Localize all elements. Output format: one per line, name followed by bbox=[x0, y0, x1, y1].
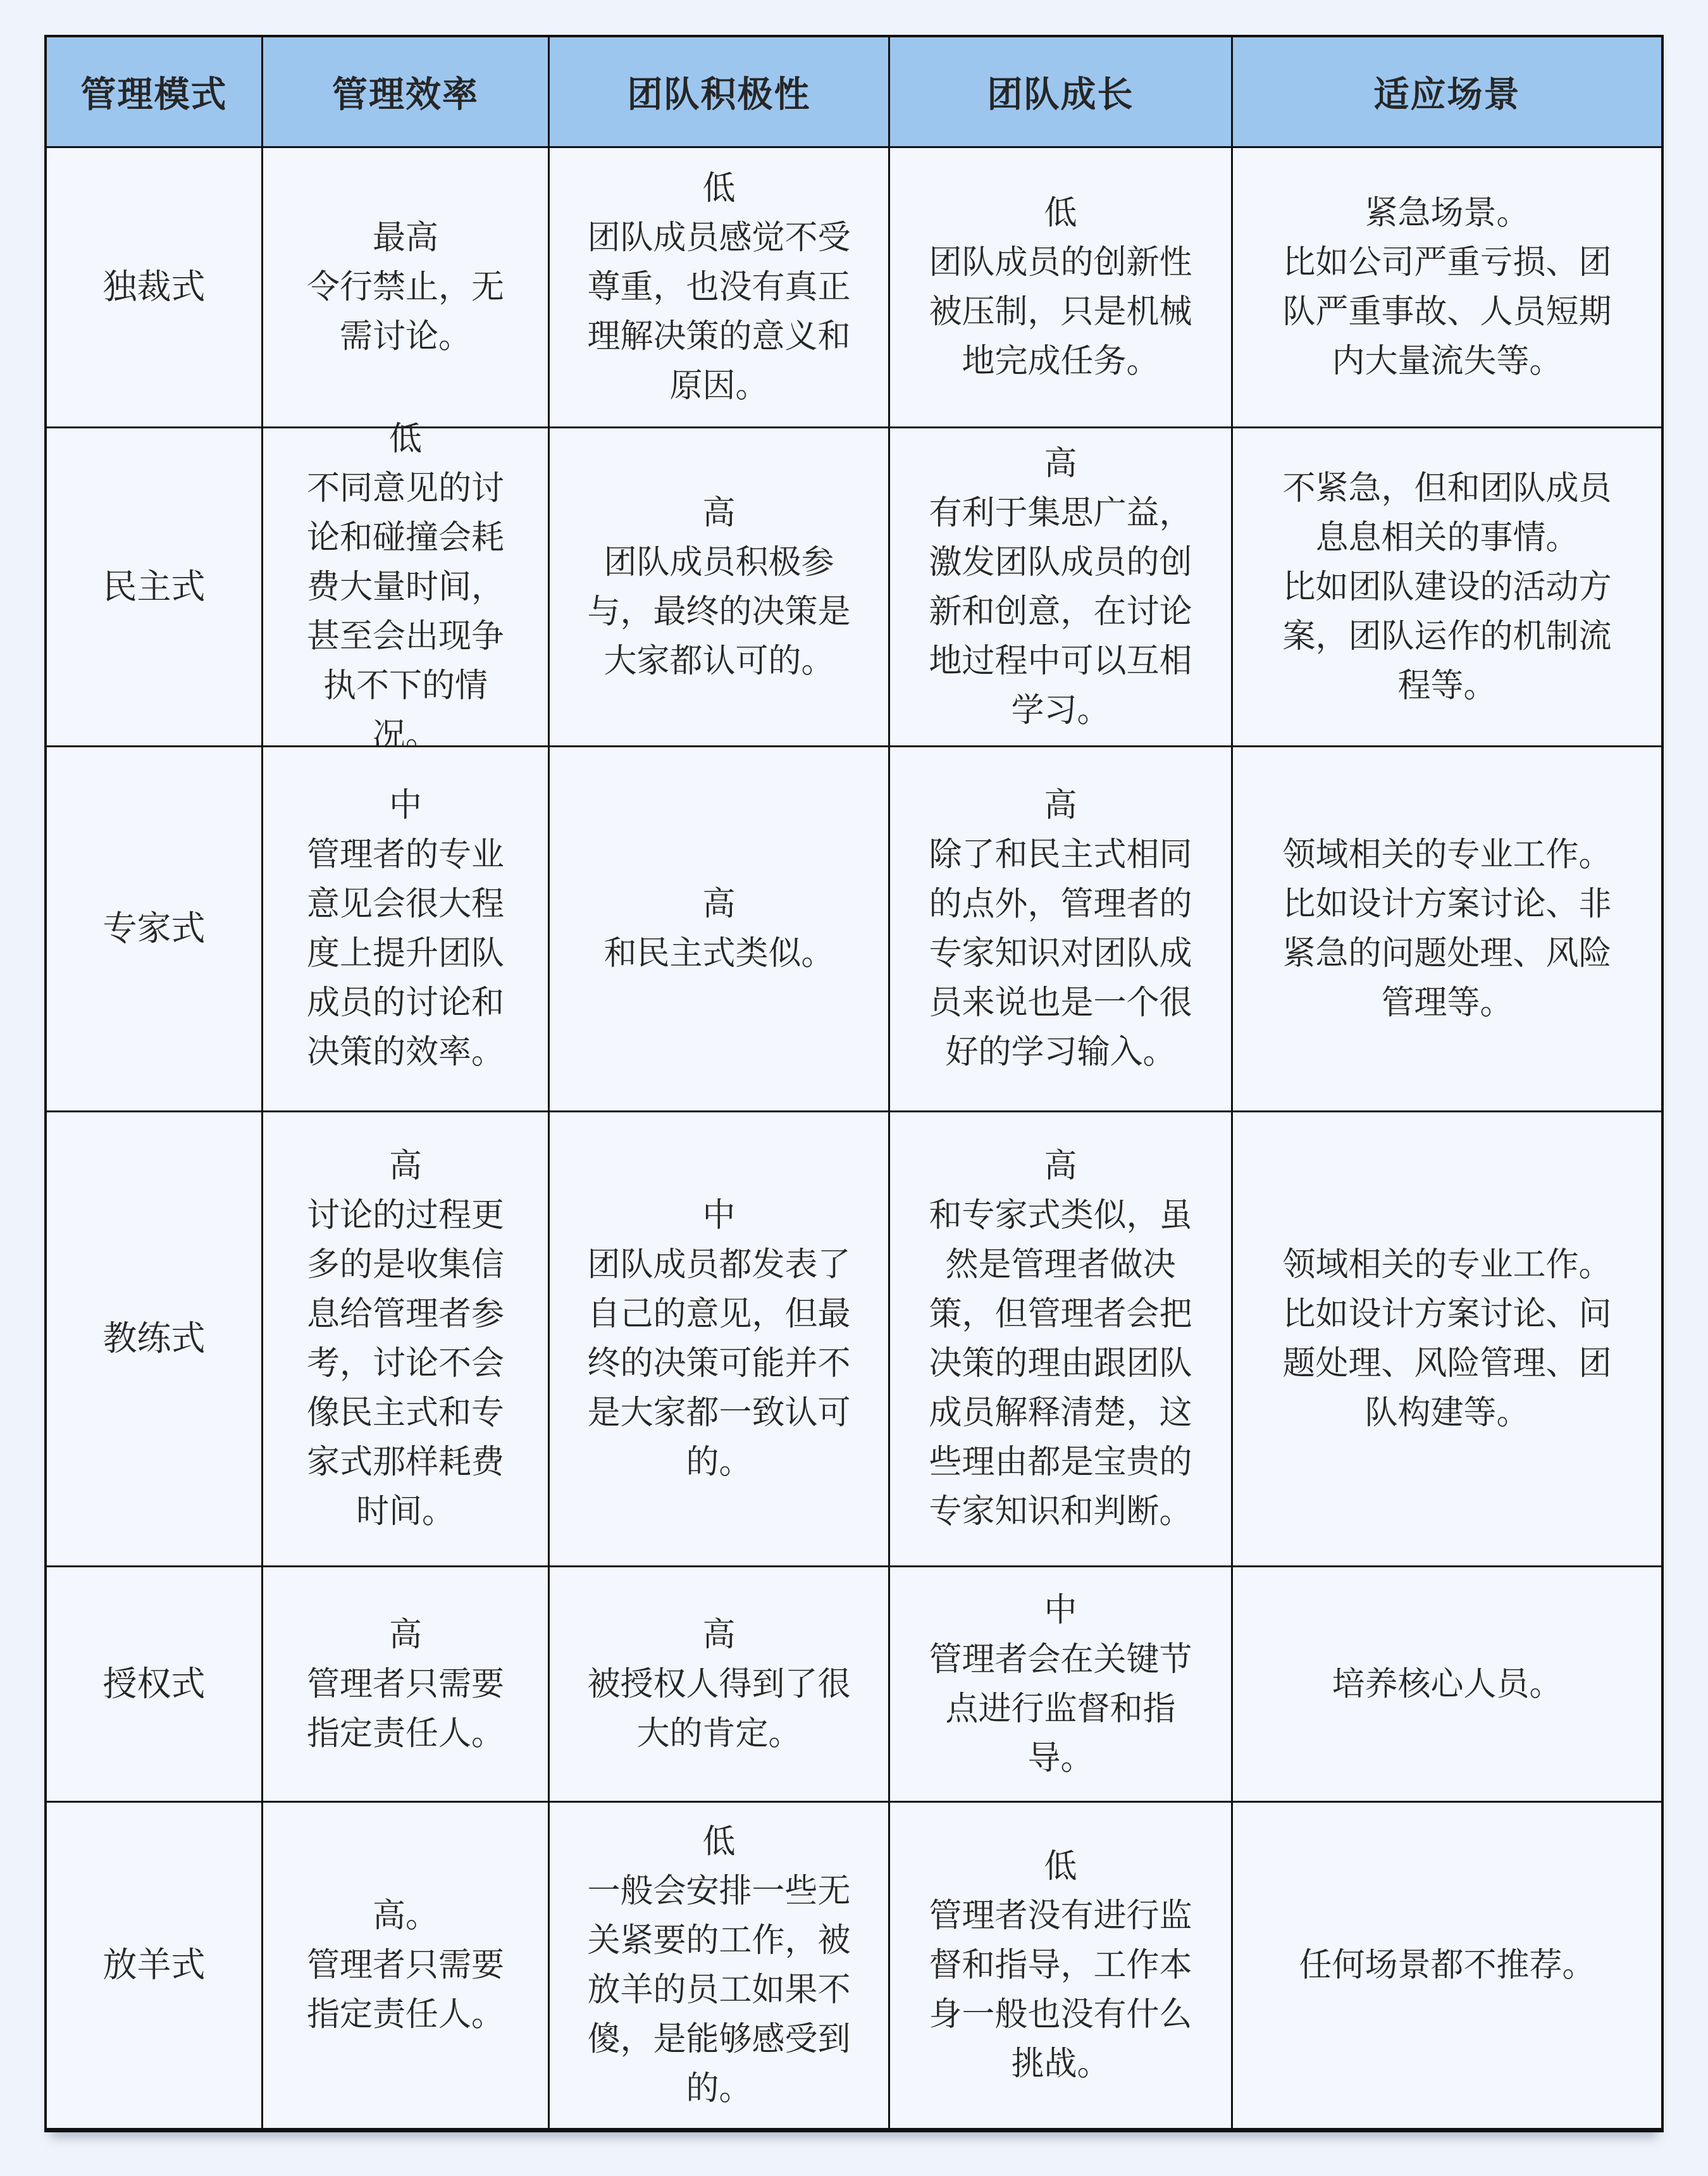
cell-line: 讨论的过程更多的是收集信息给管理者参考，讨论不会像民主式和专家式那样耗费时间。 bbox=[292, 1191, 519, 1536]
growth-cell: 高除了和民主式相同的点外，管理者的专家知识对团队成员来说也是一个很好的学习输入。 bbox=[890, 747, 1231, 1110]
cell-line: 不同意见的讨论和碰撞会耗费大量时间，甚至会出现争执不下的情况。 bbox=[292, 464, 519, 760]
cell-line: 被授权人得到了很大的肯定。 bbox=[575, 1660, 863, 1758]
scenario-cell: 领域相关的专业工作。比如设计方案讨论、非紧急的问题处理、风险管理等。 bbox=[1233, 747, 1661, 1110]
cell-line: 比如公司严重亏损、团队严重事故、人员短期内大量流失等。 bbox=[1268, 238, 1626, 386]
header-cell-motivation: 团队积极性 bbox=[550, 37, 888, 146]
cell-line: 除了和民主式相同的点外，管理者的专家知识对团队成员来说也是一个很好的学习输入。 bbox=[915, 830, 1206, 1077]
cell-line: 培养核心人员。 bbox=[1268, 1660, 1626, 1709]
cell-line: 一般会安排一些无关紧要的工作，被放羊的员工如果不傻，是能够感受到的。 bbox=[575, 1867, 863, 2113]
cell-line: 领域相关的专业工作。 bbox=[1268, 830, 1626, 880]
cell-line: 有利于集思广益，激发团队成员的创新和创意，在讨论地过程中可以互相学习。 bbox=[915, 488, 1206, 735]
cell-line: 高 bbox=[575, 880, 863, 929]
efficiency-cell: 高。管理者只需要指定责任人。 bbox=[263, 1803, 548, 2128]
cell-line: 团队成员积极参与，最终的决策是大家都认可的。 bbox=[575, 538, 863, 686]
mode-cell: 放羊式 bbox=[47, 1803, 261, 2128]
scenario-cell: 培养核心人员。 bbox=[1233, 1567, 1661, 1801]
growth-cell: 高和专家式类似，虽然是管理者做决策，但管理者会把决策的理由跟团队成员解释清楚，这… bbox=[890, 1112, 1231, 1565]
efficiency-cell: 中管理者的专业意见会很大程度上提升团队成员的讨论和决策的效率。 bbox=[263, 747, 548, 1110]
mode-cell: 授权式 bbox=[47, 1567, 261, 1801]
cell-line: 低 bbox=[292, 414, 519, 464]
scenario-cell: 紧急场景。比如公司严重亏损、团队严重事故、人员短期内大量流失等。 bbox=[1233, 148, 1661, 426]
efficiency-cell: 高讨论的过程更多的是收集信息给管理者参考，讨论不会像民主式和专家式那样耗费时间。 bbox=[263, 1112, 548, 1565]
cell-line: 比如设计方案讨论、非紧急的问题处理、风险管理等。 bbox=[1268, 880, 1626, 1028]
scenario-cell: 领域相关的专业工作。比如设计方案讨论、问题处理、风险管理、团队构建等。 bbox=[1233, 1112, 1661, 1565]
management-styles-table: 管理模式 管理效率 团队积极性 团队成长 适应场景 独裁式 最高令行禁止，无需讨… bbox=[44, 35, 1664, 2132]
motivation-cell: 高和民主式类似。 bbox=[550, 747, 888, 1110]
cell-line: 高。 bbox=[292, 1891, 519, 1941]
scenario-cell: 不紧急，但和团队成员息息相关的事情。比如团队建设的活动方案，团队运作的机制流程等… bbox=[1233, 428, 1661, 745]
cell-line: 比如设计方案讨论、问题处理、风险管理、团队构建等。 bbox=[1268, 1290, 1626, 1438]
growth-cell: 中管理者会在关键节点进行监督和指导。 bbox=[890, 1567, 1231, 1801]
header-cell-growth: 团队成长 bbox=[890, 37, 1231, 146]
cell-line: 管理者会在关键节点进行监督和指导。 bbox=[915, 1635, 1206, 1783]
cell-line: 高 bbox=[915, 781, 1206, 830]
cell-line: 中 bbox=[915, 1586, 1206, 1635]
cell-line: 紧急场景。 bbox=[1268, 189, 1626, 238]
cell-line: 团队成员感觉不受尊重，也没有真正理解决策的意义和原因。 bbox=[575, 213, 863, 411]
cell-line: 中 bbox=[292, 781, 519, 830]
cell-line: 管理者只需要指定责任人。 bbox=[292, 1941, 519, 2039]
motivation-cell: 低一般会安排一些无关紧要的工作，被放羊的员工如果不傻，是能够感受到的。 bbox=[550, 1803, 888, 2128]
cell-line: 高 bbox=[575, 1610, 863, 1660]
cell-line: 任何场景都不推荐。 bbox=[1268, 1941, 1626, 1990]
cell-line: 管理者只需要指定责任人。 bbox=[292, 1660, 519, 1758]
efficiency-cell: 低不同意见的讨论和碰撞会耗费大量时间，甚至会出现争执不下的情况。 bbox=[263, 428, 548, 745]
motivation-cell: 高被授权人得到了很大的肯定。 bbox=[550, 1567, 888, 1801]
cell-line: 和专家式类似，虽然是管理者做决策，但管理者会把决策的理由跟团队成员解释清楚，这些… bbox=[915, 1191, 1206, 1536]
cell-line: 和民主式类似。 bbox=[575, 929, 863, 978]
efficiency-cell: 高管理者只需要指定责任人。 bbox=[263, 1567, 548, 1801]
cell-line: 高 bbox=[292, 1610, 519, 1660]
header-cell-scenario: 适应场景 bbox=[1233, 37, 1661, 146]
cell-line: 低 bbox=[915, 189, 1206, 238]
scenario-cell: 任何场景都不推荐。 bbox=[1233, 1803, 1661, 2128]
cell-line: 高 bbox=[575, 488, 863, 538]
cell-line: 管理者没有进行监督和指导，工作本身一般也没有什么挑战。 bbox=[915, 1891, 1206, 2089]
cell-line: 高 bbox=[915, 1141, 1206, 1191]
mode-cell: 独裁式 bbox=[47, 148, 261, 426]
growth-cell: 低管理者没有进行监督和指导，工作本身一般也没有什么挑战。 bbox=[890, 1803, 1231, 2128]
mode-cell: 教练式 bbox=[47, 1112, 261, 1565]
cell-line: 团队成员都发表了自己的意见，但最终的决策可能并不是大家都一致认可的。 bbox=[575, 1240, 863, 1487]
page: { "colors":{ "page_bg":"#EFF3FB", "cell_… bbox=[0, 0, 1708, 2176]
cell-line: 最高 bbox=[292, 213, 519, 263]
header-cell-efficiency: 管理效率 bbox=[263, 37, 548, 146]
header-cell-mode: 管理模式 bbox=[47, 37, 261, 146]
cell-line: 管理者的专业意见会很大程度上提升团队成员的讨论和决策的效率。 bbox=[292, 830, 519, 1077]
cell-line: 低 bbox=[915, 1842, 1206, 1891]
growth-cell: 高有利于集思广益，激发团队成员的创新和创意，在讨论地过程中可以互相学习。 bbox=[890, 428, 1231, 745]
cell-line: 领域相关的专业工作。 bbox=[1268, 1240, 1626, 1290]
efficiency-cell: 最高令行禁止，无需讨论。 bbox=[263, 148, 548, 426]
cell-line: 令行禁止，无需讨论。 bbox=[292, 263, 519, 361]
motivation-cell: 低团队成员感觉不受尊重，也没有真正理解决策的意义和原因。 bbox=[550, 148, 888, 426]
mode-cell: 专家式 bbox=[47, 747, 261, 1110]
cell-line: 团队成员的创新性被压制，只是机械地完成任务。 bbox=[915, 238, 1206, 386]
cell-line: 高 bbox=[915, 439, 1206, 488]
mode-cell: 民主式 bbox=[47, 428, 261, 745]
growth-cell: 低团队成员的创新性被压制，只是机械地完成任务。 bbox=[890, 148, 1231, 426]
cell-line: 中 bbox=[575, 1191, 863, 1240]
cell-line: 不紧急，但和团队成员息息相关的事情。 bbox=[1268, 464, 1626, 563]
motivation-cell: 中团队成员都发表了自己的意见，但最终的决策可能并不是大家都一致认可的。 bbox=[550, 1112, 888, 1565]
cell-line: 比如团队建设的活动方案，团队运作的机制流程等。 bbox=[1268, 563, 1626, 711]
cell-line: 低 bbox=[575, 1817, 863, 1867]
cell-line: 高 bbox=[292, 1141, 519, 1191]
cell-line: 低 bbox=[575, 164, 863, 213]
motivation-cell: 高团队成员积极参与，最终的决策是大家都认可的。 bbox=[550, 428, 888, 745]
